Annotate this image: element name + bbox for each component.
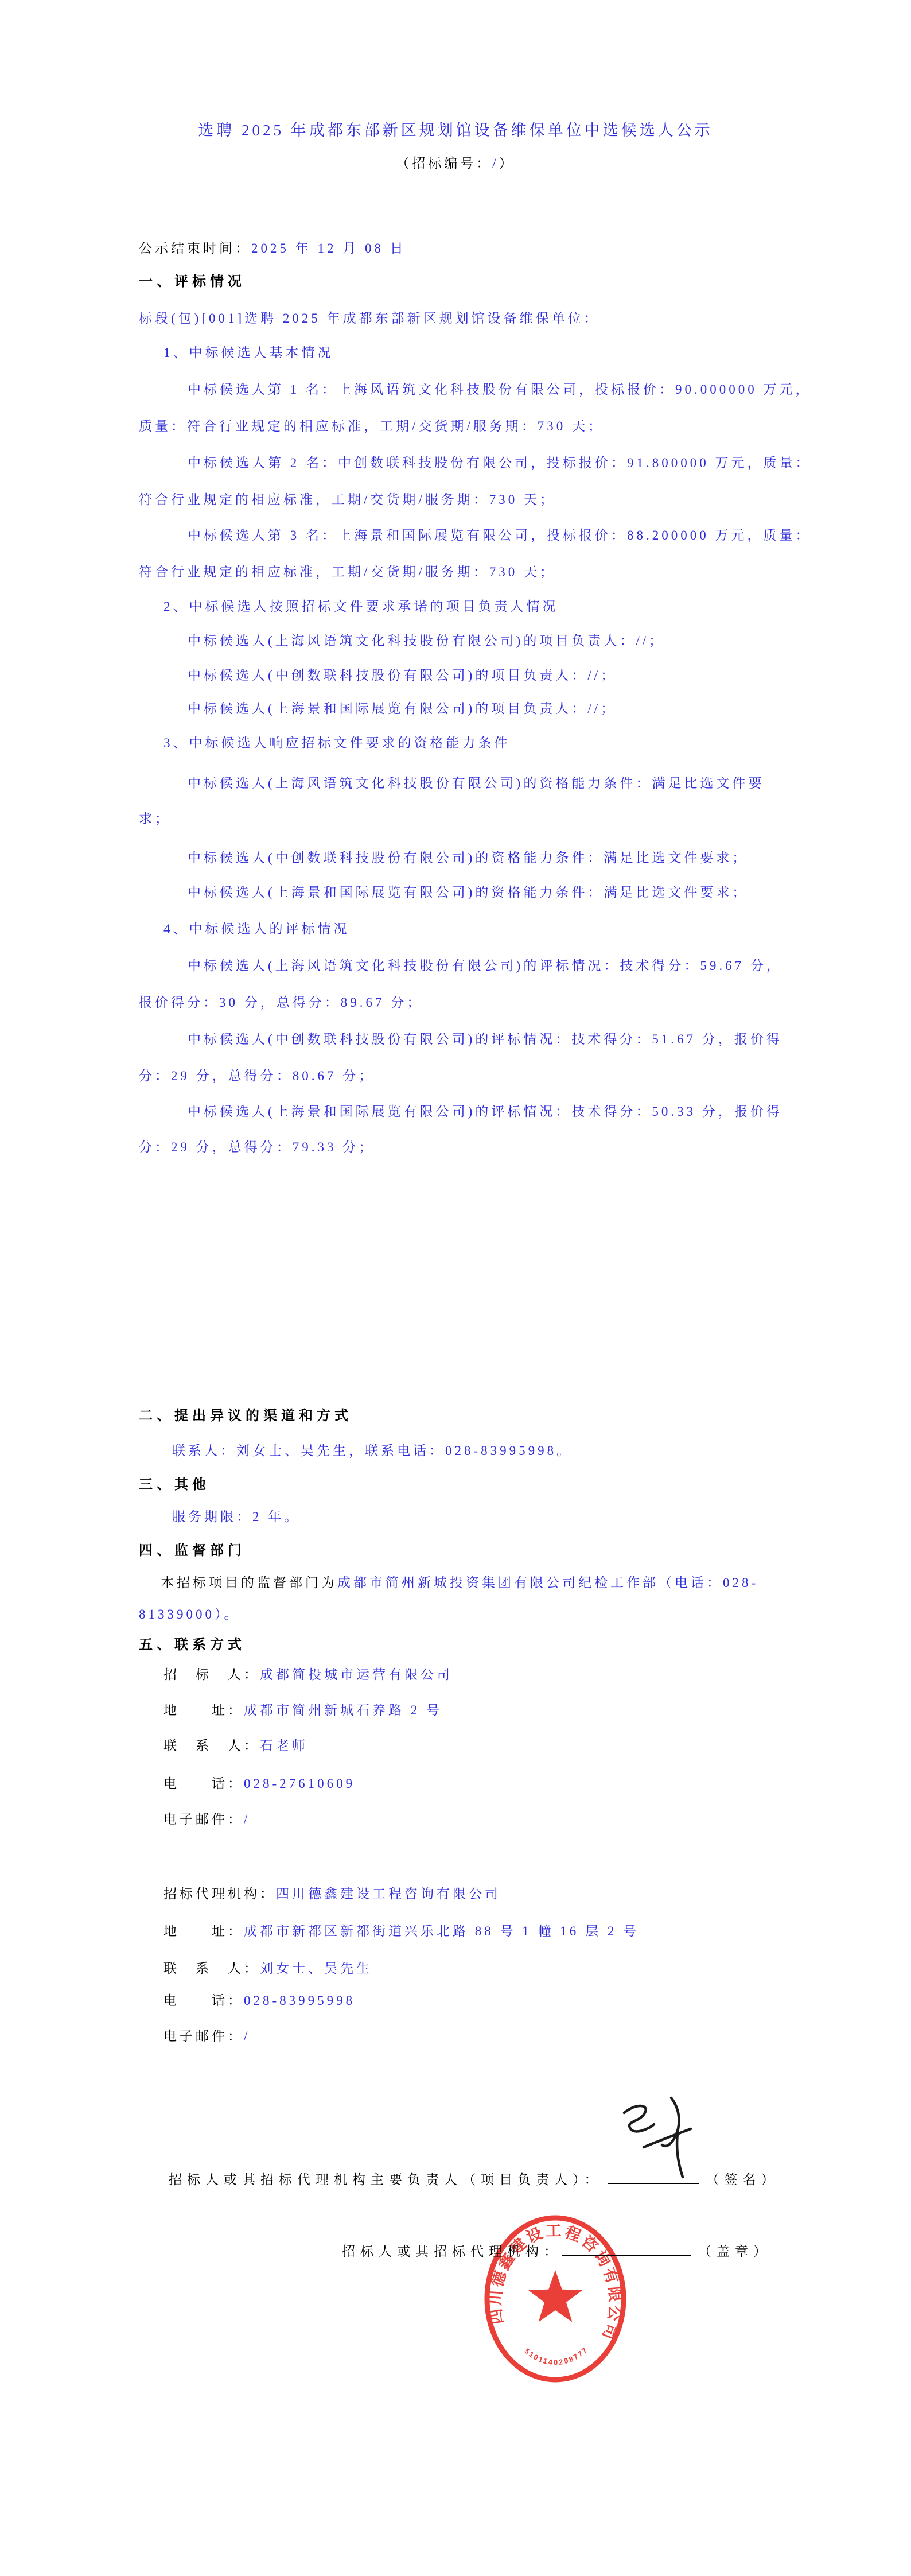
field-label: 联 系 人： (163, 1961, 260, 1976)
field-label: 联 系 人： (163, 1739, 260, 1753)
bid-number-value: / (492, 156, 499, 170)
deadline-line: 公示结束时间：2025 年 12 月 08 日 (139, 240, 406, 257)
body-line: 求； (139, 811, 171, 827)
field-value: 石老师 (260, 1739, 308, 1753)
body-line: 中标候选人(上海风语筑文化科技股份有限公司)的资格能力条件：满足比选文件要 (188, 775, 764, 792)
tenderer-contact-line: 联 系 人：石老师 (163, 1738, 308, 1754)
body-line: 中标候选人(上海景和国际展览有限公司)的评标情况：技术得分：50.33 分，报价… (188, 1104, 782, 1120)
company-seal: 四川德鑫建设工程咨询有限公司 5101140298777 (481, 2213, 630, 2385)
field-label: 地 址： (163, 1924, 244, 1938)
agency-line: 招标代理机构：四川德鑫建设工程咨询有限公司 (163, 1886, 501, 1902)
field-label: 电子邮件： (163, 1812, 244, 1826)
bid-number-line: （招标编号：/） (0, 156, 911, 172)
bid-number-prefix: （招标编号： (396, 156, 492, 170)
body-line: 报价得分：30 分，总得分：89.67 分； (139, 995, 423, 1011)
tenderer-address-line: 地 址：成都市简州新城石养路 2 号 (163, 1702, 442, 1718)
seal-line-suffix: （盖章） (698, 2244, 772, 2259)
field-label: 招 标 人： (163, 1667, 260, 1682)
body-line: 中标候选人第 3 名：上海景和国际展览有限公司，投标报价：88.200000 万… (188, 527, 812, 544)
company-seal-icon: 四川德鑫建设工程咨询有限公司 5101140298777 (481, 2213, 630, 2385)
section2-heading: 二、提出异议的渠道和方式 (139, 1408, 352, 1425)
field-value: / (244, 2029, 250, 2043)
deadline-label: 公示结束时间： (139, 241, 251, 255)
supervision-black: 本招标项目的监督部门为 (161, 1576, 337, 1590)
agency-contact-line: 联 系 人：刘女士、吴先生 (163, 1961, 372, 1977)
field-value: 成都简投城市运营有限公司 (260, 1667, 453, 1682)
sub-heading-basic: 1、中标候选人基本情况 (163, 345, 334, 361)
deadline-value: 2025 年 12 月 08 日 (251, 241, 406, 255)
body-line: 中标候选人(上海风语筑文化科技股份有限公司)的评标情况：技术得分：59.67 分… (188, 958, 782, 974)
body-line: 中标候选人第 2 名：中创数联科技股份有限公司，投标报价：91.800000 万… (188, 455, 812, 471)
field-value: 028-83995998 (244, 1993, 355, 2008)
tenderer-phone-line: 电 话：028-27610609 (163, 1776, 355, 1792)
body-line: 中标候选人第 1 名：上海风语筑文化科技股份有限公司，投标报价：90.00000… (188, 382, 812, 398)
supervision-line-1: 本招标项目的监督部门为成都市简州新城投资集团有限公司纪检工作部（电话：028- (161, 1575, 758, 1591)
signature-line-label: 招标人或其招标代理机构主要负责人（项目负责人）： (169, 2172, 603, 2187)
sub-heading-quals: 3、中标候选人响应招标文件要求的资格能力条件 (163, 735, 511, 751)
agency-address-line: 地 址：成都市新都区新都街道兴乐北路 88 号 1 幢 16 层 2 号 (163, 1923, 639, 1939)
field-value: / (244, 1812, 250, 1826)
supervision-blue: 成都市简州新城投资集团有限公司纪检工作部（电话：028- (337, 1576, 758, 1590)
section1-heading: 一、评标情况 (139, 274, 246, 290)
objection-contact-line: 联系人：刘女士、吴先生，联系电话：028-83995998。 (172, 1443, 573, 1459)
body-line: 质量：符合行业规定的相应标准，工期/交货期/服务期：730 天； (139, 418, 604, 434)
field-label: 电 话： (163, 1776, 244, 1791)
sub-heading-managers: 2、中标候选人按照招标文件要求承诺的项目负责人情况 (163, 599, 559, 615)
section3-heading: 三、其他 (139, 1477, 210, 1493)
lot-line: 标段(包)[001]选聘 2025 年成都东部新区规划馆设备维保单位： (139, 311, 600, 327)
body-line: 中标候选人(上海风语筑文化科技股份有限公司)的项目负责人：//； (188, 633, 665, 649)
handwritten-signature (607, 2092, 707, 2184)
body-line: 分：29 分，总得分：79.33 分； (139, 1139, 375, 1155)
agency-phone-line: 电 话：028-83995998 (163, 1993, 355, 2009)
page-title: 选聘 2025 年成都东部新区规划馆设备维保单位中选候选人公示 (0, 121, 911, 139)
section4-heading: 四、监督部门 (139, 1543, 246, 1559)
field-label: 电 话： (163, 1993, 244, 2008)
signature-line-suffix: （签名） (706, 2172, 780, 2187)
body-line: 中标候选人(上海景和国际展览有限公司)的项目负责人：//； (188, 701, 617, 717)
sub-heading-evals: 4、中标候选人的评标情况 (163, 921, 350, 937)
body-line: 中标候选人(中创数联科技股份有限公司)的项目负责人：//； (188, 668, 617, 684)
seal-serial-number: 5101140298777 (523, 2345, 590, 2366)
section5-heading: 五、联系方式 (139, 1637, 246, 1654)
field-label: 电子邮件： (163, 2029, 244, 2043)
supervision-line-2: 81339000）。 (139, 1607, 240, 1623)
body-line: 分：29 分，总得分：80.67 分； (139, 1068, 375, 1084)
body-line: 中标候选人(中创数联科技股份有限公司)的资格能力条件：满足比选文件要求； (188, 850, 748, 866)
field-label: 招标代理机构： (163, 1887, 276, 1901)
field-value: 四川德鑫建设工程咨询有限公司 (276, 1887, 501, 1901)
field-value: 刘女士、吴先生 (260, 1961, 372, 1976)
tenderer-line: 招 标 人：成都简投城市运营有限公司 (163, 1667, 453, 1683)
field-value: 成都市简州新城石养路 2 号 (244, 1703, 442, 1717)
field-value: 成都市新都区新都街道兴乐北路 88 号 1 幢 16 层 2 号 (244, 1924, 639, 1938)
body-line: 中标候选人(中创数联科技股份有限公司)的评标情况：技术得分：51.67 分，报价… (188, 1031, 782, 1048)
tenderer-email-line: 电子邮件：/ (163, 1811, 250, 1828)
svg-text:5101140298777: 5101140298777 (523, 2345, 590, 2366)
agency-email-line: 电子邮件：/ (163, 2028, 250, 2044)
star-icon (528, 2270, 582, 2322)
field-value: 028-27610609 (244, 1776, 355, 1791)
service-term-line: 服务期限：2 年。 (172, 1509, 300, 1525)
bid-number-suffix: ） (499, 156, 515, 170)
body-line: 中标候选人(上海景和国际展览有限公司)的资格能力条件：满足比选文件要求； (188, 884, 748, 901)
signature-scribble-icon (607, 2092, 707, 2184)
body-line: 符合行业规定的相应标准，工期/交货期/服务期：730 天； (139, 564, 556, 580)
field-label: 地 址： (163, 1703, 244, 1717)
body-line: 符合行业规定的相应标准，工期/交货期/服务期：730 天； (139, 492, 556, 508)
document-page: 选聘 2025 年成都东部新区规划馆设备维保单位中选候选人公示 （招标编号：/）… (0, 0, 911, 2576)
